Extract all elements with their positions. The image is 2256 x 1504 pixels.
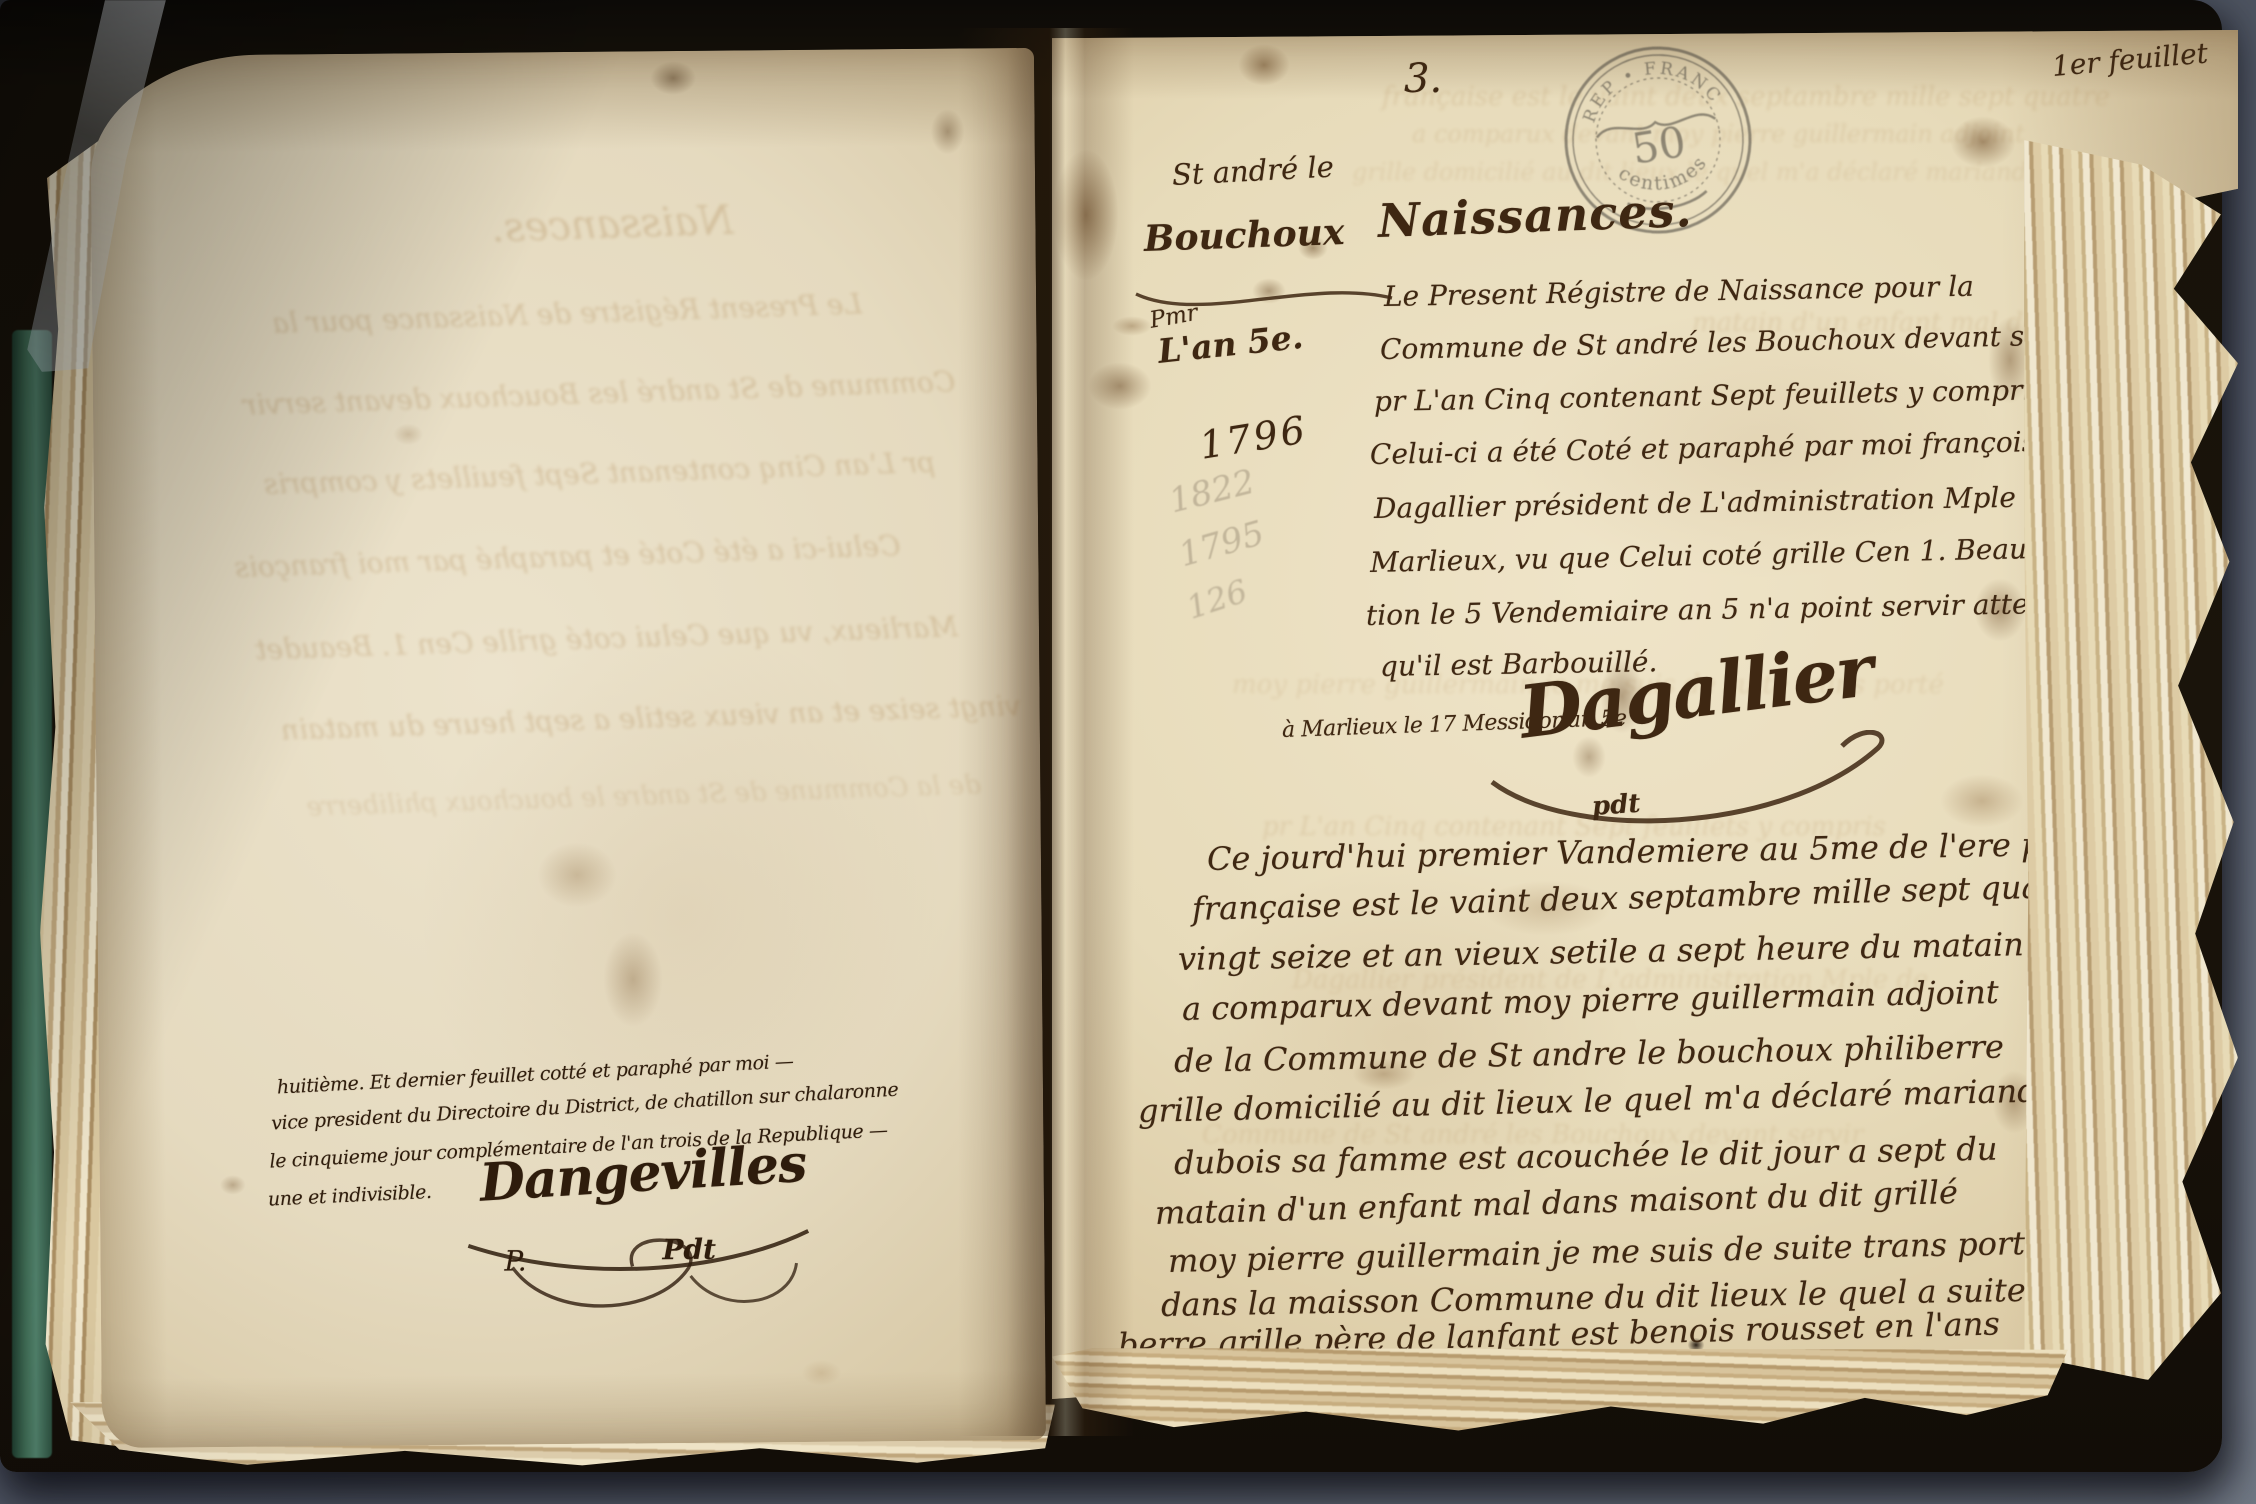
register-line: Le Present Régistre de Naissance pour la (1384, 270, 1974, 313)
stain (1940, 774, 2024, 828)
ghost-line: vingt seize et an vieux setile a sept he… (280, 689, 1021, 747)
paraph-pdt: Pdt (662, 1233, 716, 1266)
ghost-line: de la Commune de St andre le bouchoux ph… (306, 770, 981, 822)
stain (393, 423, 423, 445)
stamp-value: 50 (1629, 117, 1689, 174)
ghost-line: pr L'an Cinq contenant Sept feuillets y … (263, 446, 936, 501)
naissances-heading: Naissances. (1377, 183, 1693, 248)
signature-title: pdt (1591, 789, 1641, 822)
margin-commune-line2: Bouchoux (1143, 211, 1345, 260)
stain (1238, 44, 1290, 86)
stain (801, 1360, 841, 1386)
pencil-number: 126 (1182, 572, 1252, 627)
folio-label: 1er feuillet (2051, 36, 2210, 82)
stain (220, 1175, 246, 1195)
ghost-line: Commune de St andré les Bouchoux devant … (243, 365, 956, 422)
photographed-register-book: Naissances. Le Present Régistre de Naiss… (0, 0, 2256, 1504)
register-line: Celui-ci a été Coté et paraphé par moi f… (1370, 425, 2037, 471)
ghost-line: Le Present Régistre de Naissance pour la (272, 287, 863, 340)
stain (1054, 150, 1118, 280)
act-line: matain d'un enfant mal dans maisont du d… (1155, 1173, 1959, 1232)
ghost-line: Marlieux, vu que Celui coté grille Cen 1… (255, 610, 959, 666)
stain (537, 842, 618, 909)
left-page: Naissances. Le Present Régistre de Naiss… (90, 48, 1046, 1448)
ghost-line: Naissances. (491, 198, 734, 252)
act-line: de la Commune de St andre le bouchoux ph… (1174, 1028, 2005, 1080)
pencil-number: 1795 (1174, 513, 1268, 575)
pencil-number: 1822 (1165, 462, 1259, 522)
register-line: tion le 5 Vendemiaire an 5 n'a point ser… (1366, 586, 2083, 632)
margin-year: 1796 (1197, 407, 1311, 467)
stain (1112, 316, 1152, 336)
register-line: Dagallier président de L'administration … (1374, 480, 2060, 525)
margin-commune-line1: St andré le (1171, 150, 1335, 192)
register-line: Commune de St andré les Bouchoux devant … (1380, 318, 2093, 366)
stain (930, 109, 964, 155)
register-line: Marlieux, vu que Celui coté grille Cen 1… (1370, 531, 2073, 579)
stain (1088, 362, 1152, 410)
page-number: 3. (1404, 56, 1442, 102)
stain (1252, 278, 1286, 304)
stain (650, 61, 696, 95)
register-line: pr L'an Cinq contenant Sept feuillets y … (1374, 373, 2046, 418)
stain (603, 931, 664, 1028)
ghost-line: Celui-ci a été Coté et paraphé par moi f… (234, 529, 901, 584)
act-line: moy pierre guillermain je me suis de sui… (1168, 1224, 2045, 1280)
paraph-initial: P. (504, 1244, 526, 1277)
green-cloth-binding-edge (12, 330, 52, 1458)
note-line: une et indivisible. (267, 1181, 432, 1211)
